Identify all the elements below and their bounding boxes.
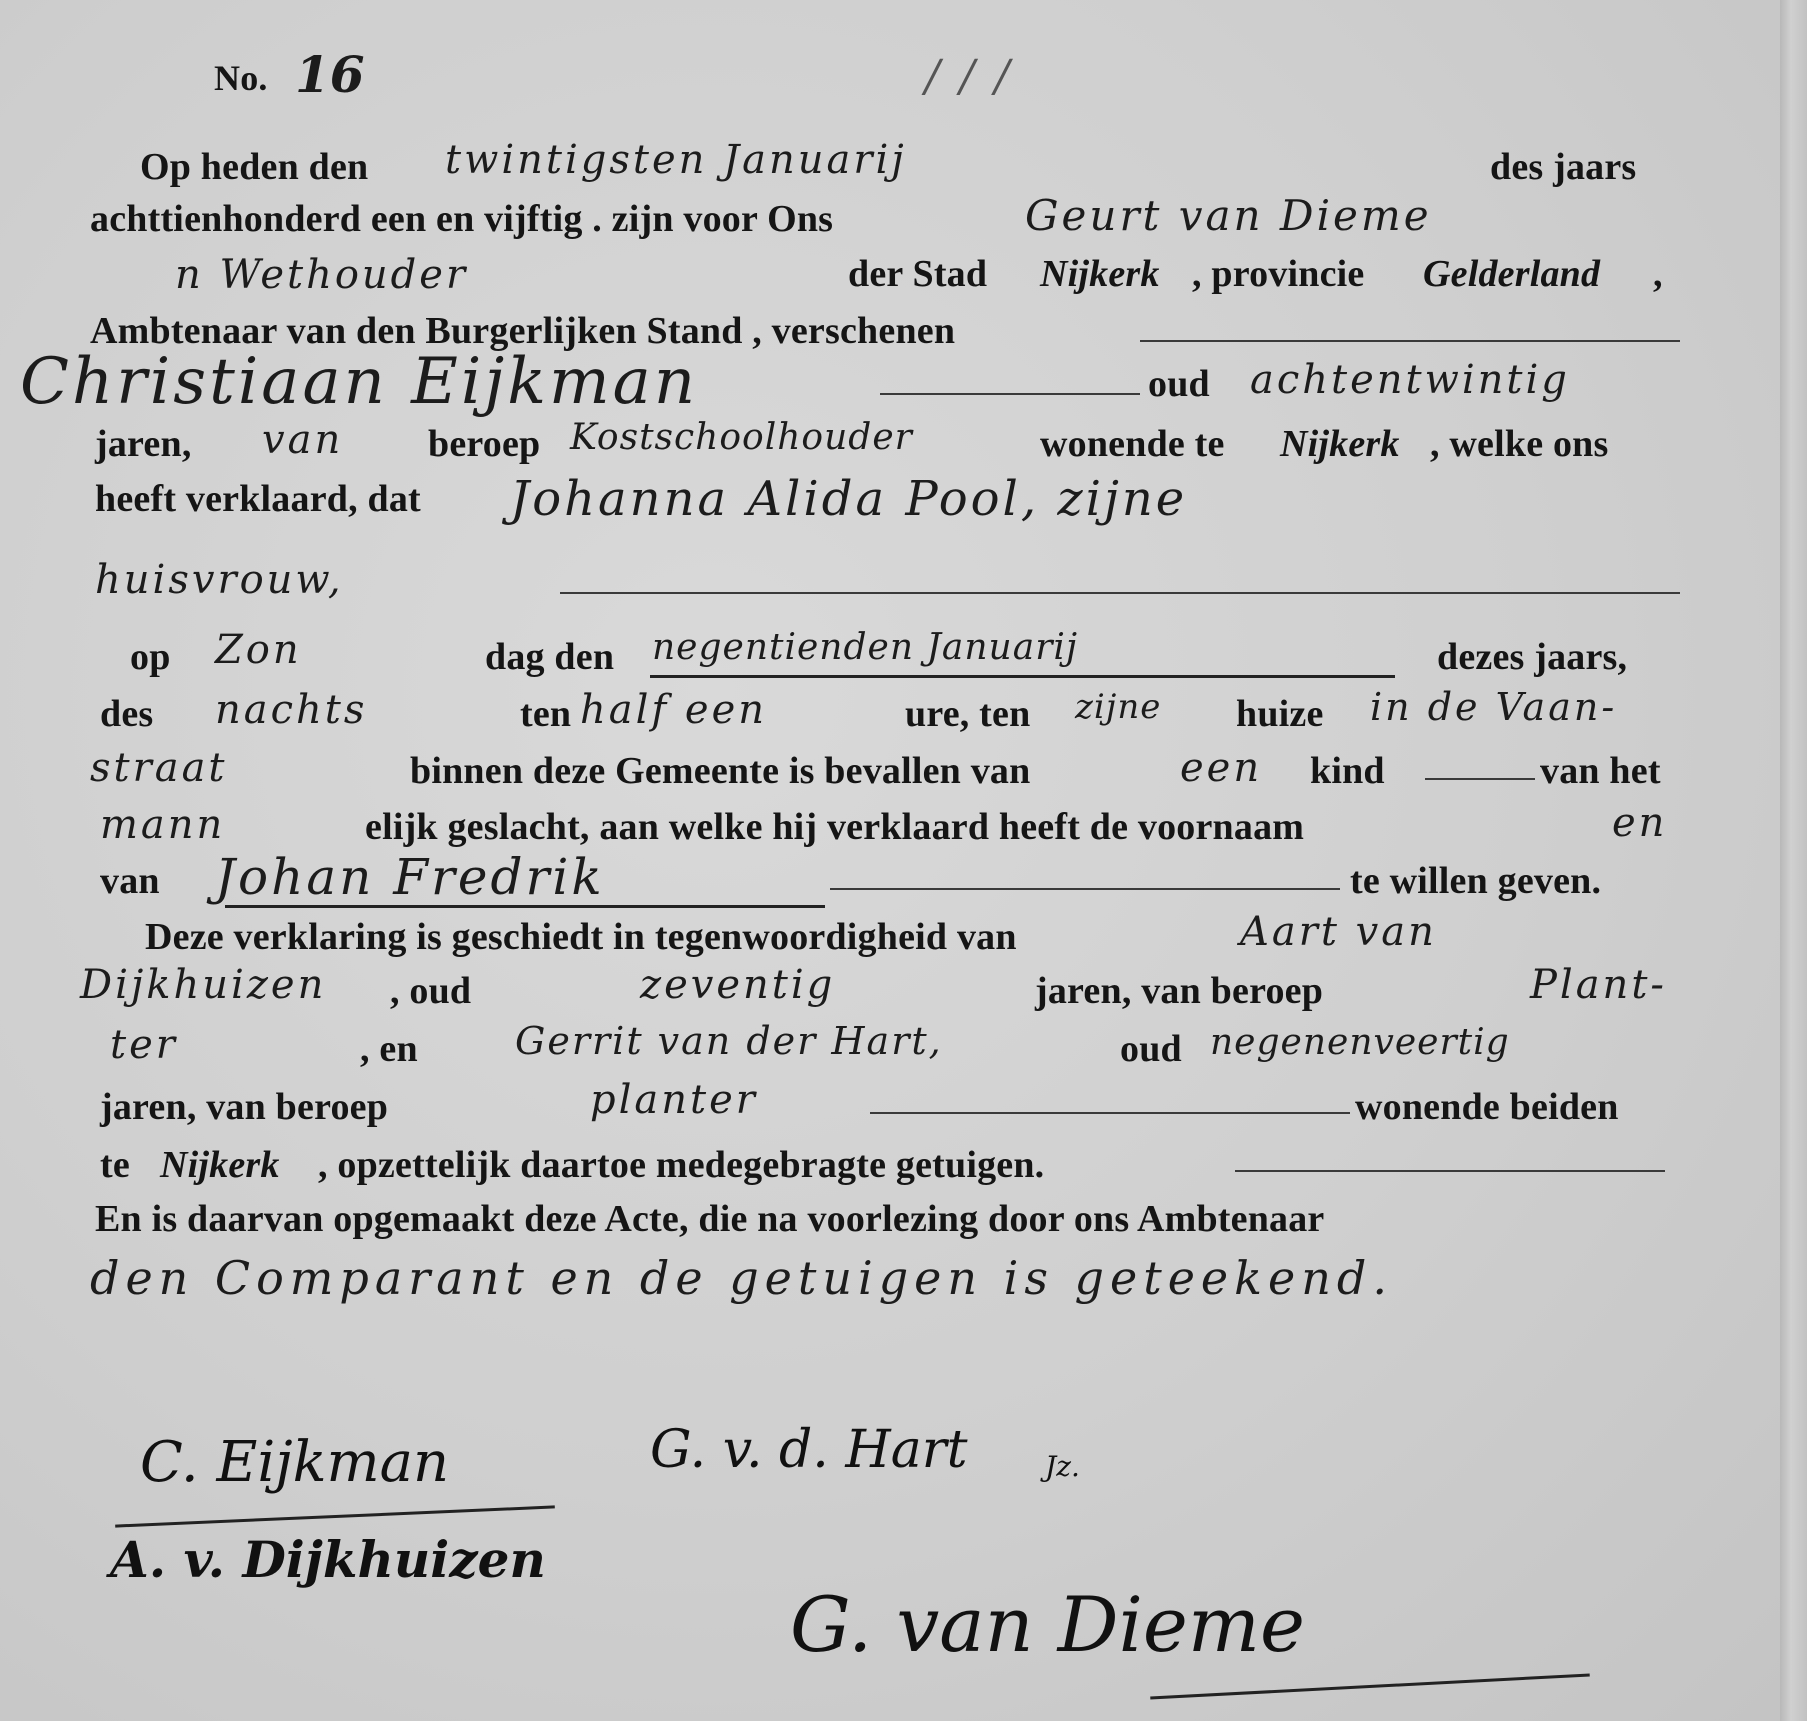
printed-text: , oud xyxy=(390,972,471,1010)
handwritten-witness1-occupation: Plant- xyxy=(1530,965,1667,1005)
handwritten-official-name: Geurt van Dieme xyxy=(1025,195,1432,237)
record-number-label: No. xyxy=(214,60,268,96)
printed-text: wonende te xyxy=(1040,425,1225,463)
printed-text: beroep xyxy=(428,425,540,463)
printed-text: Deze verklaring is geschiedt in tegenwoo… xyxy=(145,918,1017,956)
printed-text: binnen deze Gemeente is bevallen van xyxy=(410,752,1030,790)
handwritten-text: van xyxy=(262,420,343,460)
handwritten-street: in de Vaan- xyxy=(1370,688,1617,726)
province-name: Gelderland xyxy=(1423,255,1600,293)
handwritten-witness1-name: Dijkhuizen xyxy=(80,965,326,1005)
handwritten-witness2-occupation: planter xyxy=(590,1080,758,1120)
printed-text: achttienhonderd een en vijftig . zijn vo… xyxy=(90,200,833,238)
printed-text: , provincie xyxy=(1192,255,1365,293)
handwritten-witness1-age: zeventig xyxy=(640,965,835,1005)
handwritten-child-name: Johan Fredrik xyxy=(215,852,605,902)
fill-line xyxy=(1425,778,1535,780)
printed-text: , en xyxy=(360,1030,418,1068)
handwritten-witness2-age: negenenveertig xyxy=(1210,1025,1510,1061)
printed-text: ure, ten xyxy=(905,695,1030,733)
place-name: Nijkerk xyxy=(160,1146,280,1184)
signature-official: G. van Dieme xyxy=(790,1580,1305,1669)
fill-line xyxy=(1140,340,1680,342)
handwritten-sex: mann xyxy=(100,805,225,845)
printed-text: , opzettelijk daartoe medegebragte getui… xyxy=(318,1146,1044,1184)
handwritten-witness1-occupation: ter xyxy=(110,1025,178,1065)
printed-text: oud xyxy=(1148,365,1210,403)
handwritten-official-title: n Wethouder xyxy=(175,255,468,295)
underline xyxy=(650,675,1395,678)
signature-witness1: A. v. Dijkhuizen xyxy=(110,1530,546,1589)
printed-text: te willen geven. xyxy=(1350,862,1601,900)
page-edge xyxy=(1780,0,1807,1721)
handwritten-witness1-name: Aart van xyxy=(1240,912,1437,952)
underline xyxy=(225,905,825,908)
signature-father: C. Eijkman xyxy=(140,1430,449,1495)
fill-line xyxy=(830,888,1340,890)
document-page: No. 16 / / / Op heden den twintigsten Ja… xyxy=(0,0,1780,1721)
printed-text: te xyxy=(100,1146,130,1184)
handwritten-text: een xyxy=(1180,748,1262,788)
printed-text: heeft verklaard, dat xyxy=(95,480,421,518)
handwritten-text: zijne xyxy=(1075,690,1161,724)
handwritten-closing: den Comparant en de getuigen is geteeken… xyxy=(90,1255,1393,1301)
handwritten-father-name: Christiaan Eijkman xyxy=(20,350,698,414)
printed-text: des jaars xyxy=(1490,148,1636,186)
handwritten-father-occupation: Kostschoolhouder xyxy=(570,420,913,456)
printed-text: jaren, xyxy=(95,425,192,463)
place-name: Nijkerk xyxy=(1280,425,1400,463)
signature-underline xyxy=(115,1505,555,1527)
fill-line xyxy=(1235,1170,1665,1172)
handwritten-hour: half een xyxy=(580,690,767,730)
printed-text: der Stad xyxy=(848,255,987,293)
printed-text: huize xyxy=(1236,695,1324,733)
handwritten-mother-name: Johanna Alida Pool, zijne xyxy=(510,475,1187,523)
handwritten-birth-date: negentienden Januarij xyxy=(652,630,1078,666)
handwritten-weekday: Zon xyxy=(215,630,302,670)
handwritten-time-of-day: nachts xyxy=(215,690,367,730)
printed-text: , welke ons xyxy=(1430,425,1609,463)
signature-underline xyxy=(1150,1673,1590,1699)
printed-text: Op heden den xyxy=(140,148,368,186)
handwritten-date: twintigsten Januarij xyxy=(445,140,907,180)
margin-marks: / / / xyxy=(925,55,1012,99)
printed-text: wonende beiden xyxy=(1355,1088,1619,1126)
signature-witness2: G. v. d. Hart xyxy=(650,1420,967,1480)
printed-text: jaren, van beroep xyxy=(1035,972,1323,1010)
printed-text: ten xyxy=(520,695,571,733)
printed-text: van xyxy=(100,862,160,900)
printed-text: En is daarvan opgemaakt deze Acte, die n… xyxy=(95,1200,1325,1238)
fill-line xyxy=(880,393,1140,395)
fill-line xyxy=(560,592,1680,594)
signature-witness2-suffix: Jz. xyxy=(1045,1450,1080,1483)
handwritten-text: en xyxy=(1612,803,1667,843)
printed-text: kind xyxy=(1310,752,1385,790)
handwritten-witness2-name: Gerrit van der Hart, xyxy=(515,1022,943,1060)
fill-line xyxy=(870,1112,1350,1114)
handwritten-father-age: achtentwintig xyxy=(1250,360,1570,400)
printed-text: van het xyxy=(1540,752,1661,790)
printed-text: dag den xyxy=(485,638,614,676)
handwritten-text: huisvrouw, xyxy=(95,560,344,600)
place-name: Nijkerk xyxy=(1040,255,1160,293)
printed-text: elijk geslacht, aan welke hij verklaard … xyxy=(365,808,1304,846)
printed-text: jaren, van beroep xyxy=(100,1088,388,1126)
record-number-value: 16 xyxy=(295,50,365,100)
printed-text: des xyxy=(100,695,153,733)
printed-text: dezes jaars, xyxy=(1437,638,1627,676)
printed-text: , xyxy=(1653,255,1663,293)
printed-text: oud xyxy=(1120,1030,1182,1068)
handwritten-street: straat xyxy=(90,748,228,788)
printed-text: op xyxy=(130,638,171,676)
